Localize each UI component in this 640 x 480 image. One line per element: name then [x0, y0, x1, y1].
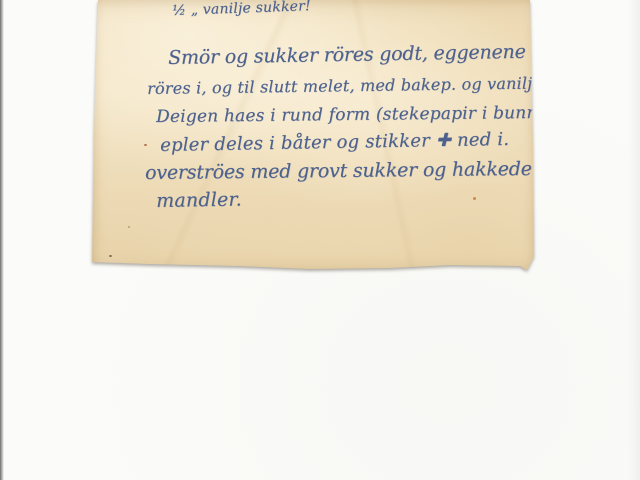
handwritten-line-almonds: mandler. — [156, 189, 242, 212]
stain-speck — [144, 144, 147, 146]
scanner-edge-shadow-right — [628, 0, 640, 480]
paper-surface: ½ „ vanilje sukker! Smör og sukker röres… — [90, 0, 536, 274]
handwritten-line-sprinkle: overströes med grovt sukker og hakkede — [145, 158, 532, 184]
scanner-edge-shadow-left — [0, 0, 4, 480]
stain-speck — [109, 255, 112, 257]
handwritten-line-dough-form: Deigen haes i rund form (stekepapir i bu… — [156, 103, 572, 127]
handwritten-line-vanilla-sugar: ½ „ vanilje sukker! — [172, 0, 311, 19]
handwritten-line-butter-sugar: Smör og sukker röres godt, eggenene — [168, 41, 526, 69]
recipe-note-paper: ½ „ vanilje sukker! Smör og sukker röres… — [90, 0, 536, 274]
handwritten-line-apples: epler deles i båter og stikker ✚ ned i. — [160, 129, 509, 156]
stain-speck — [473, 197, 476, 200]
stain-speck — [128, 226, 130, 228]
scan-page: ½ „ vanilje sukker! Smör og sukker röres… — [0, 0, 640, 480]
handwritten-line-eggs-flour: röres i, og til slutt melet, med bakep. … — [147, 73, 548, 98]
